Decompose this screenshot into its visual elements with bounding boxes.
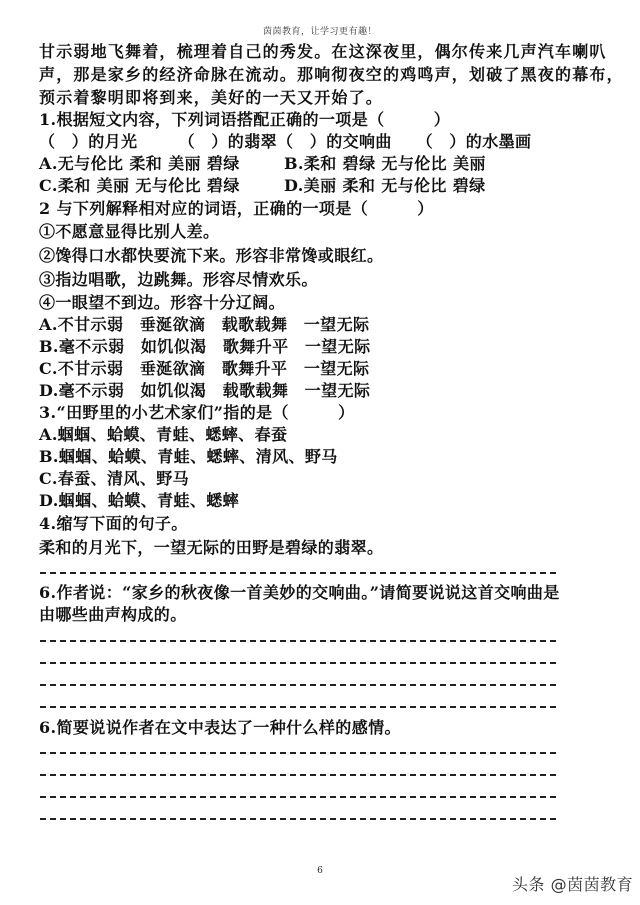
page-header: 茵茵教育，让学习更有趣！ xyxy=(0,24,640,37)
answer-line[interactable] xyxy=(40,752,556,754)
q3-option-d: D.蝈蝈、蛤蟆、青蛙、蟋蟀 xyxy=(39,491,239,511)
answer-line[interactable] xyxy=(40,706,556,708)
q1-blanks: （ ）的月光 （ ）的翡翠（ ）的交响曲 （ ）的水墨画 xyxy=(39,132,531,152)
q3-option-a: A.蝈蝈、蛤蟆、青蛙、蟋蟀、春蚕 xyxy=(39,425,287,445)
answer-line[interactable] xyxy=(40,572,556,574)
q1-option-b: B.柔和 碧绿 无与伦比 美丽 xyxy=(284,154,486,174)
answer-line[interactable] xyxy=(40,774,556,776)
q6b-stem: 6.简要说说作者在文中表达了一种什么样的感情。 xyxy=(39,718,401,738)
q1-option-c: C.柔和 美丽 无与伦比 碧绿 xyxy=(39,176,240,196)
q2-stem: 2 与下列解释相对应的词语，正确的一项是（ ） xyxy=(39,199,434,219)
watermark: 头条 @茵茵教育 xyxy=(512,872,633,895)
q3-option-b: B.蝈蝈、蛤蟆、青蛙、蟋蟀、清风、野马 xyxy=(39,447,338,467)
q1-option-a: A.无与伦比 柔和 美丽 碧绿 xyxy=(39,154,240,174)
q2-definition-3: ③指边唱歌，边跳舞。形容尽情欢乐。 xyxy=(39,270,318,290)
answer-line[interactable] xyxy=(40,640,556,642)
q2-definition-4: ④一眼望不到边。形容十分辽阔。 xyxy=(39,293,285,313)
passage-line-3: 预示着黎明即将到来，美好的一天又开始了。 xyxy=(39,88,383,108)
answer-line[interactable] xyxy=(40,818,556,820)
q2-definition-1: ①不愿意显得比别人差。 xyxy=(39,222,219,242)
q1-stem: 1.根据短文内容，下列词语搭配正确的一项是（ ） xyxy=(39,110,450,130)
q6a-line-1: 6.作者说：“家乡的秋夜像一首美妙的交响曲。”请简要说说这首交响曲是 xyxy=(39,583,560,603)
q2-definition-2: ②馋得口水都快要流下来。形容非常馋或眼红。 xyxy=(39,246,383,266)
q3-option-c: C.春蚕、清风、野马 xyxy=(39,469,189,489)
answer-line[interactable] xyxy=(40,662,556,664)
answer-line[interactable] xyxy=(40,796,556,798)
passage-line-1: 甘示弱地飞舞着，梳理着自己的秀发。在这深夜里，偶尔传来几声汽车喇叭 xyxy=(39,42,607,62)
passage-line-2: 声，那是家乡的经济命脉在流动。那响彻夜空的鸡鸣声，划破了黑夜的幕布， xyxy=(39,65,624,85)
q2-option-d: D.毫不示弱 如饥似渴 载歌载舞 一望无际 xyxy=(39,381,370,401)
answer-line[interactable] xyxy=(40,684,556,686)
q2-option-c: C.不甘示弱 垂涎欲滴 歌舞升平 一望无际 xyxy=(39,359,369,379)
q2-option-a: A.不甘示弱 垂涎欲滴 载歌载舞 一望无际 xyxy=(39,315,369,335)
q3-stem: 3.“田野里的小艺术家们”指的是（ ） xyxy=(39,403,355,423)
q6a-line-2: 由哪些曲声构成的。 xyxy=(39,605,187,625)
q1-option-d: D.美丽 柔和 无与伦比 碧绿 xyxy=(284,176,486,196)
q4-stem: 4.缩写下面的句子。 xyxy=(39,514,188,534)
q4-sentence: 柔和的月光下，一望无际的田野是碧绿的翡翠。 xyxy=(39,538,383,558)
q2-option-b: B.毫不示弱 如饥似渴 歌舞升平 一望无际 xyxy=(39,337,371,357)
